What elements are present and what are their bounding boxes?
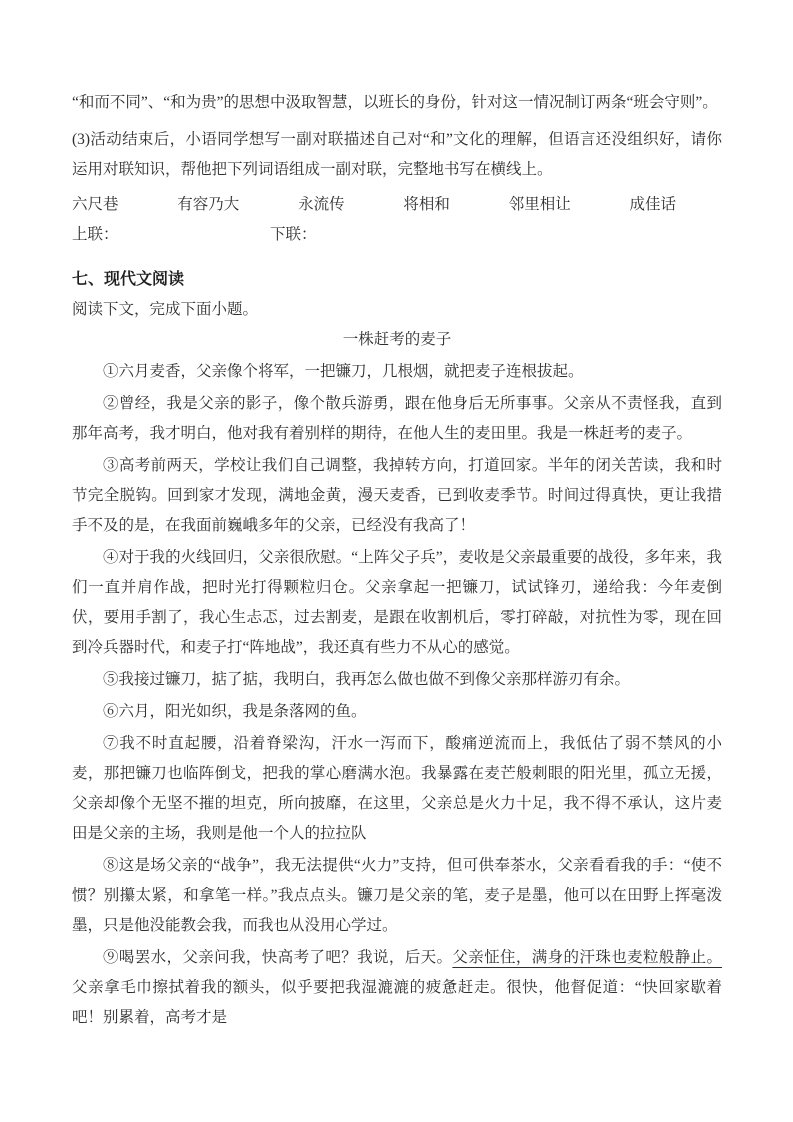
word-bank-item: 有容乃大 — [177, 190, 239, 220]
couplet-word-bank: 六尺巷 有容乃大 永流传 将相和 邻里相让 成佳话 — [72, 190, 722, 220]
paragraph-9-underlined-sentence: 父亲怔住，满身的汗珠也麦粒般静止。 — [452, 949, 722, 966]
essay-paragraph-2: ②曾经，我是父亲的影子，像个散兵游勇，跟在他身后无所事事。父亲从不责怪我，直到那… — [72, 389, 722, 449]
word-bank-item: 六尺巷 — [72, 190, 119, 220]
reading-instruction: 阅读下文，完成下面小题。 — [72, 295, 722, 325]
paragraph-9-before: ⑨喝罢水，父亲问我，快高考了吧？我说，后天。 — [103, 949, 452, 966]
essay-paragraph-7: ⑦我不时直起腰，沿着脊梁沟，汗水一泻而下，酸痛逆流而上，我低估了弱不禁风的小麦，… — [72, 729, 722, 849]
section-heading: 七、现代文阅读 — [72, 265, 722, 295]
paragraph-9-after: 父亲拿毛巾擦拭着我的额头，似乎要把我湿漉漉的疲惫赶走。很快，他督促道：“快回家歇… — [72, 979, 722, 1026]
essay-paragraph-5: ⑤我接过镰刀，掂了掂，我明白，我再怎么做也做不到像父亲那样游刃有余。 — [72, 665, 722, 695]
word-bank-item: 成佳话 — [629, 190, 676, 220]
essay-paragraph-3: ③高考前两天，学校让我们自己调整，我掉转方向，打道回家。半年的闭关苦读，我和时节… — [72, 451, 722, 541]
couplet-answer-line: 上联： 下联： — [72, 220, 722, 250]
word-bank-item: 邻里相让 — [509, 190, 571, 220]
essay-paragraph-9: ⑨喝罢水，父亲问我，快高考了吧？我说，后天。父亲怔住，满身的汗珠也麦粒般静止。父… — [72, 943, 722, 1033]
essay-paragraph-6: ⑥六月，阳光如织，我是条落网的鱼。 — [72, 697, 722, 727]
essay-title: 一株赶考的麦子 — [72, 325, 722, 355]
essay-paragraph-8: ⑧这是场父亲的“战争”，我无法提供“火力”支持，但可供奉茶水，父亲看看我的手：“… — [72, 851, 722, 941]
essay-paragraph-4: ④对于我的火线回归，父亲很欣慰。“上阵父子兵”，麦收是父亲最重要的战役，多年来，… — [72, 543, 722, 663]
document-page: “和而不同”、“和为贵”的思想中汲取智慧，以班长的身份，针对这一情况制订两条“班… — [0, 0, 793, 1122]
word-bank-item: 永流传 — [298, 190, 345, 220]
question-3: (3)活动结束后，小语同学想写一副对联描述自己对“和”文化的理解，但语言还没组织… — [72, 125, 722, 185]
lower-couplet-label: 下联： — [270, 220, 317, 250]
word-bank-item: 将相和 — [403, 190, 450, 220]
essay-paragraph-1: ①六月麦香，父亲像个将军，一把镰刀，几根烟，就把麦子连根拔起。 — [72, 357, 722, 387]
upper-couplet-label: 上联： — [72, 220, 270, 250]
paragraph-continuation: “和而不同”、“和为贵”的思想中汲取智慧，以班长的身份，针对这一情况制订两条“班… — [72, 88, 722, 118]
